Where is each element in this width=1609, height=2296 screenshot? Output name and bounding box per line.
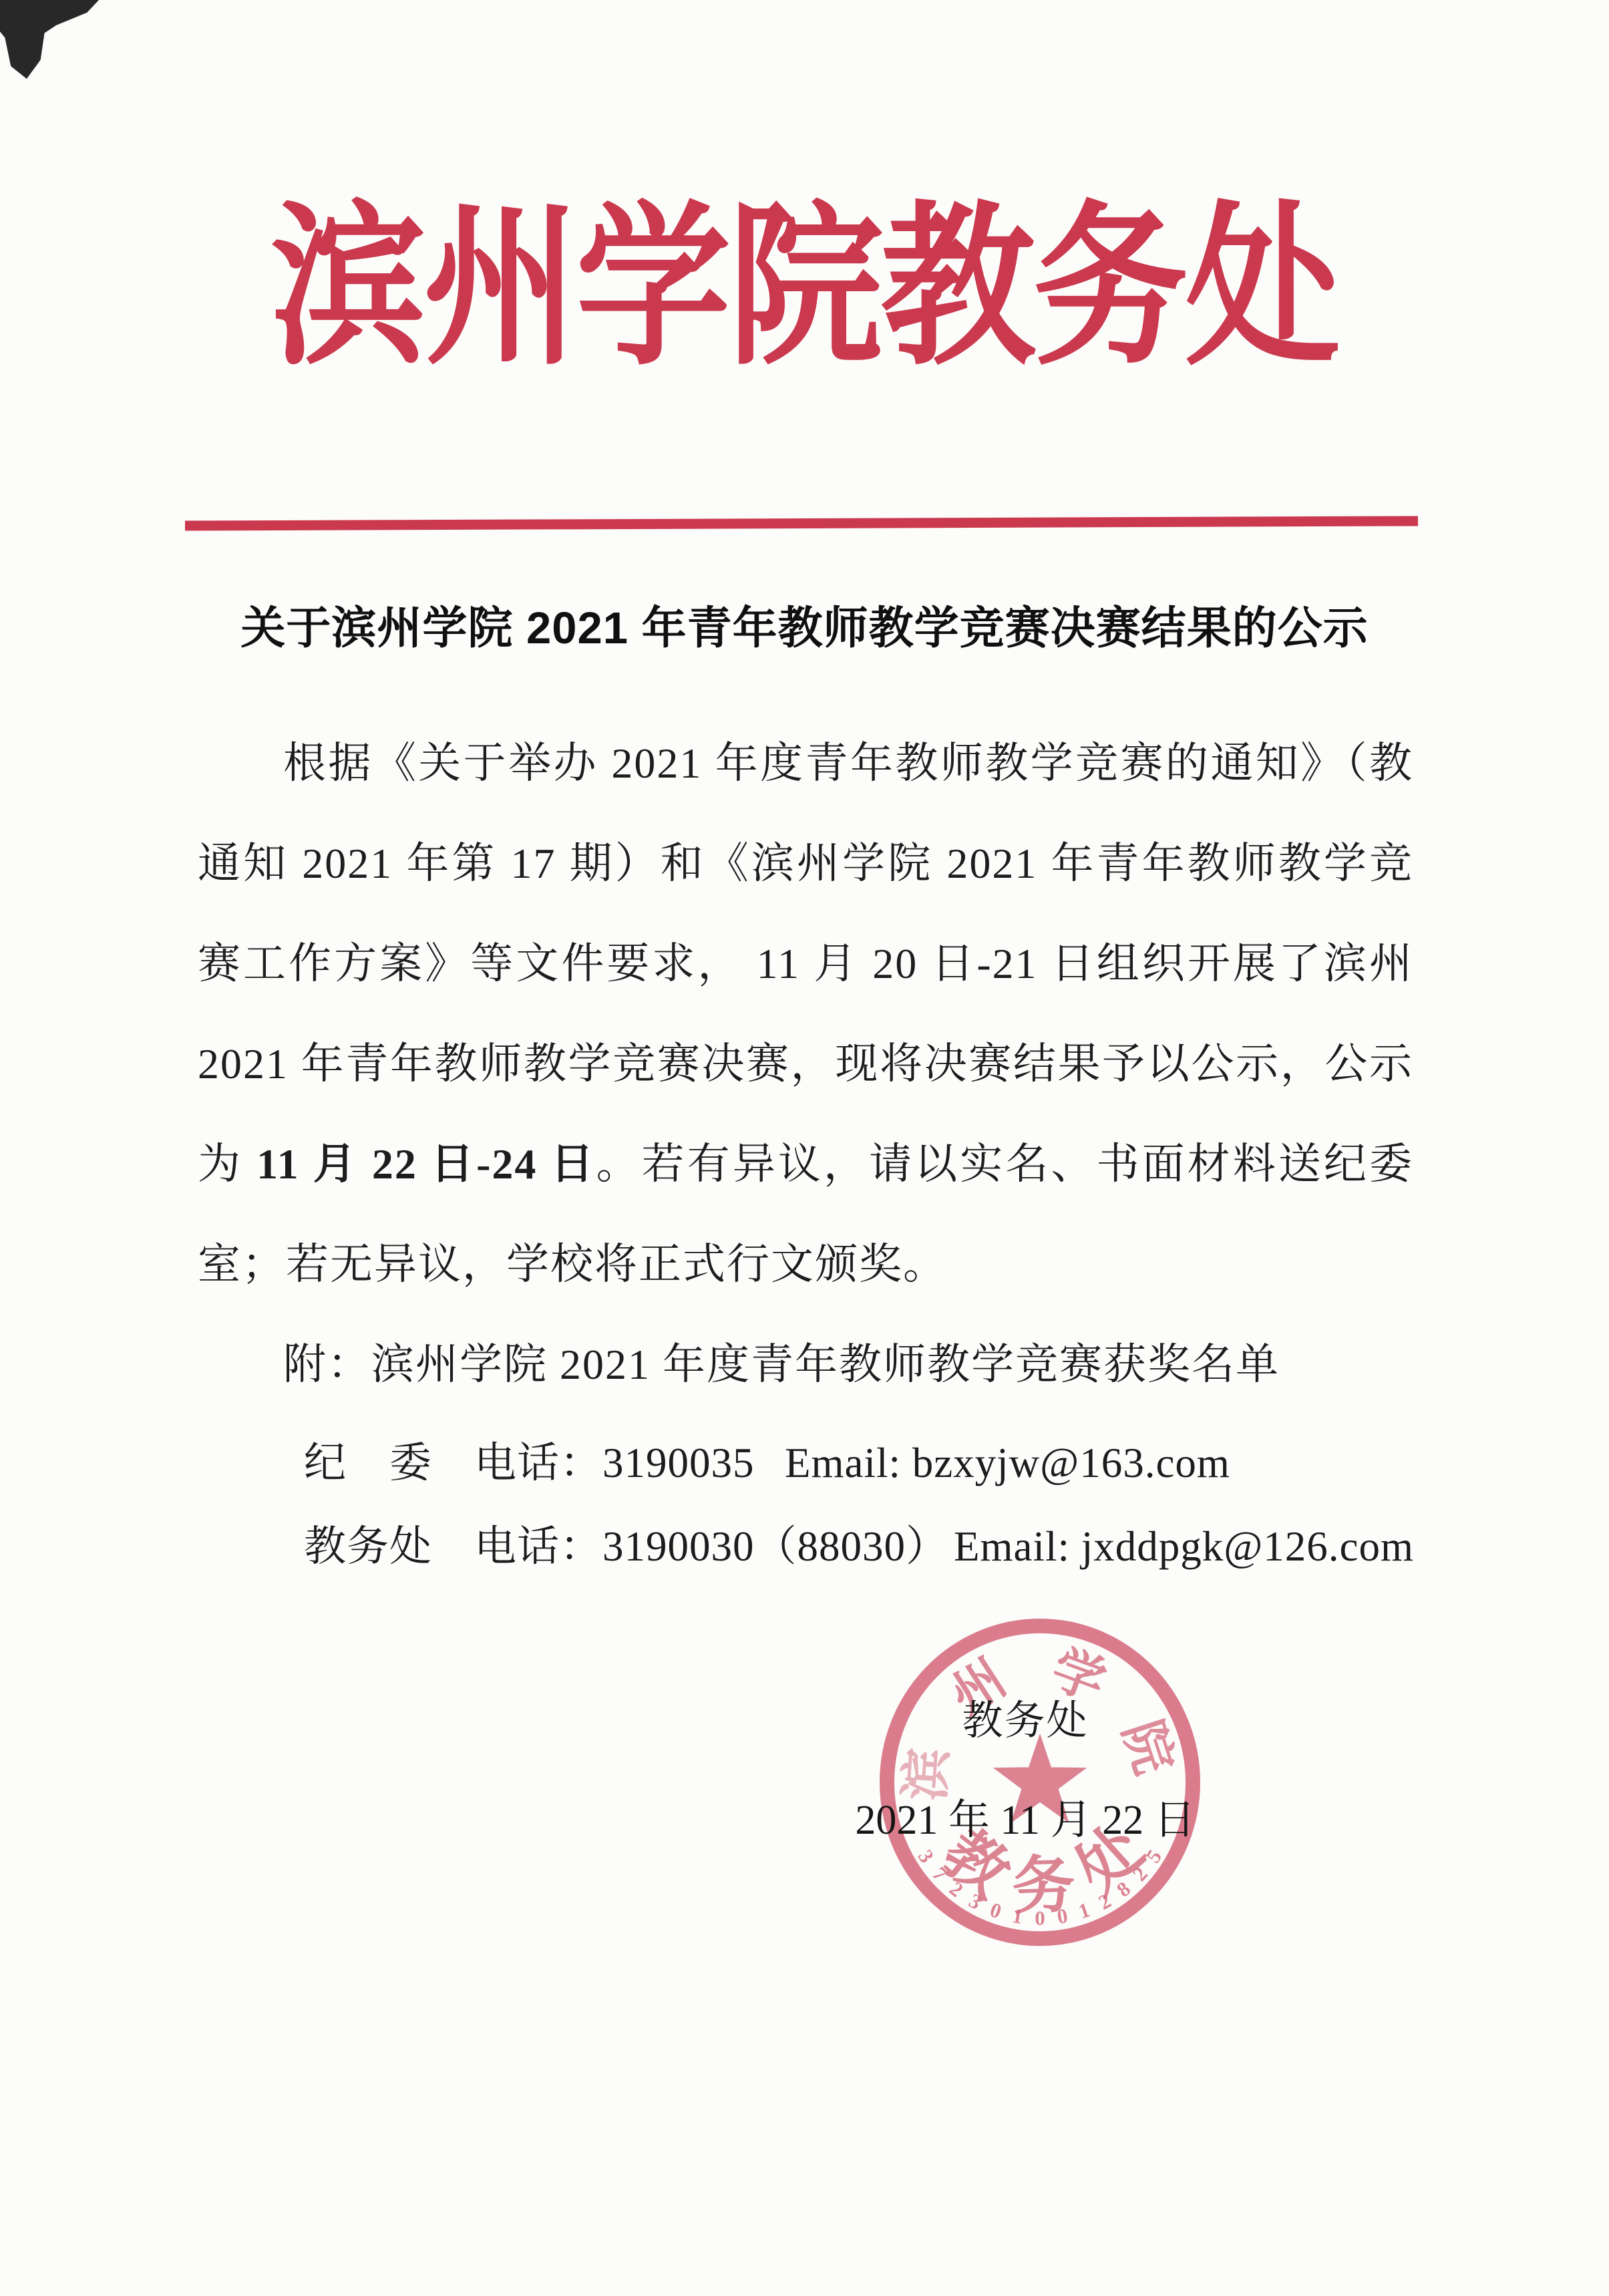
body-line-4: 2021 年青年教师教学竞赛决赛，现将决赛结果予以公示，公示期 — [198, 1014, 1413, 1114]
notice-title: 关于滨州学院 2021 年青年教师教学竞赛决赛结果的公示 — [0, 599, 1609, 659]
attachment-line: 附：滨州学院 2021 年度青年教师教学竞赛获奖名单 — [198, 1315, 1413, 1415]
official-seal: 滨州学院教务处3723010012825 — [862, 1602, 1219, 1963]
letterhead-title: 滨州学院教务处 — [64, 184, 1544, 393]
contact-dept-label: 教务处 — [304, 1520, 432, 1573]
seal-department-label: 教务处 — [922, 1697, 1129, 1746]
svg-text:0: 0 — [1035, 1907, 1045, 1930]
body-line-6: 室；若无异议，学校将正式行文颁奖。 — [198, 1214, 1413, 1315]
contact-phone: 电话：3190030（88030） — [474, 1520, 948, 1573]
contact-dept-label: 纪 委 — [304, 1436, 432, 1490]
scan-artifact — [0, 0, 99, 79]
svg-text:0: 0 — [987, 1898, 1005, 1923]
svg-text:1: 1 — [1075, 1898, 1093, 1923]
body-line-1: 根据《关于举办 2021 年度青年教师教学竞赛的通知》（教务 — [198, 713, 1413, 814]
contact-row-jiwei: 纪 委 电话：3190035 Email: bzxyjw@163.com — [0, 1436, 1609, 1490]
document-page: 滨州学院教务处 关于滨州学院 2021 年青年教师教学竞赛决赛结果的公示 根据《… — [0, 0, 1609, 2296]
body-line-5: 为 11 月 22 日-24 日。若有异议，请以实名、书面材料送纪委监察 — [198, 1114, 1413, 1214]
public-notice-period: 11 月 22 日-24 日 — [256, 1140, 596, 1188]
red-divider-line — [185, 516, 1418, 530]
contact-email: Email: jxddpgk@126.com — [954, 1520, 1414, 1573]
body-line-3: 赛工作方案》等文件要求， 11 月 20 日-21 日组织开展了滨州学院 — [198, 914, 1413, 1014]
svg-text:3: 3 — [914, 1846, 939, 1867]
contact-row-jiaowuchu: 教务处 电话：3190030（88030） Email: jxddpgk@126… — [0, 1520, 1609, 1573]
contact-phone: 电话：3190035 — [474, 1436, 755, 1490]
body-line-5-prefix: 为 — [198, 1140, 256, 1188]
body-line-2: 通知 2021 年第 17 期）和《滨州学院 2021 年青年教师教学竞赛决 — [198, 814, 1413, 914]
contact-email: Email: bzxyjw@163.com — [785, 1436, 1230, 1490]
notice-body: 根据《关于举办 2021 年度青年教师教学竞赛的通知》（教务 通知 2021 年… — [198, 713, 1413, 1415]
issue-date: 2021 年 11 月 22 日 — [832, 1796, 1219, 1844]
svg-text:滨: 滨 — [896, 1746, 957, 1802]
